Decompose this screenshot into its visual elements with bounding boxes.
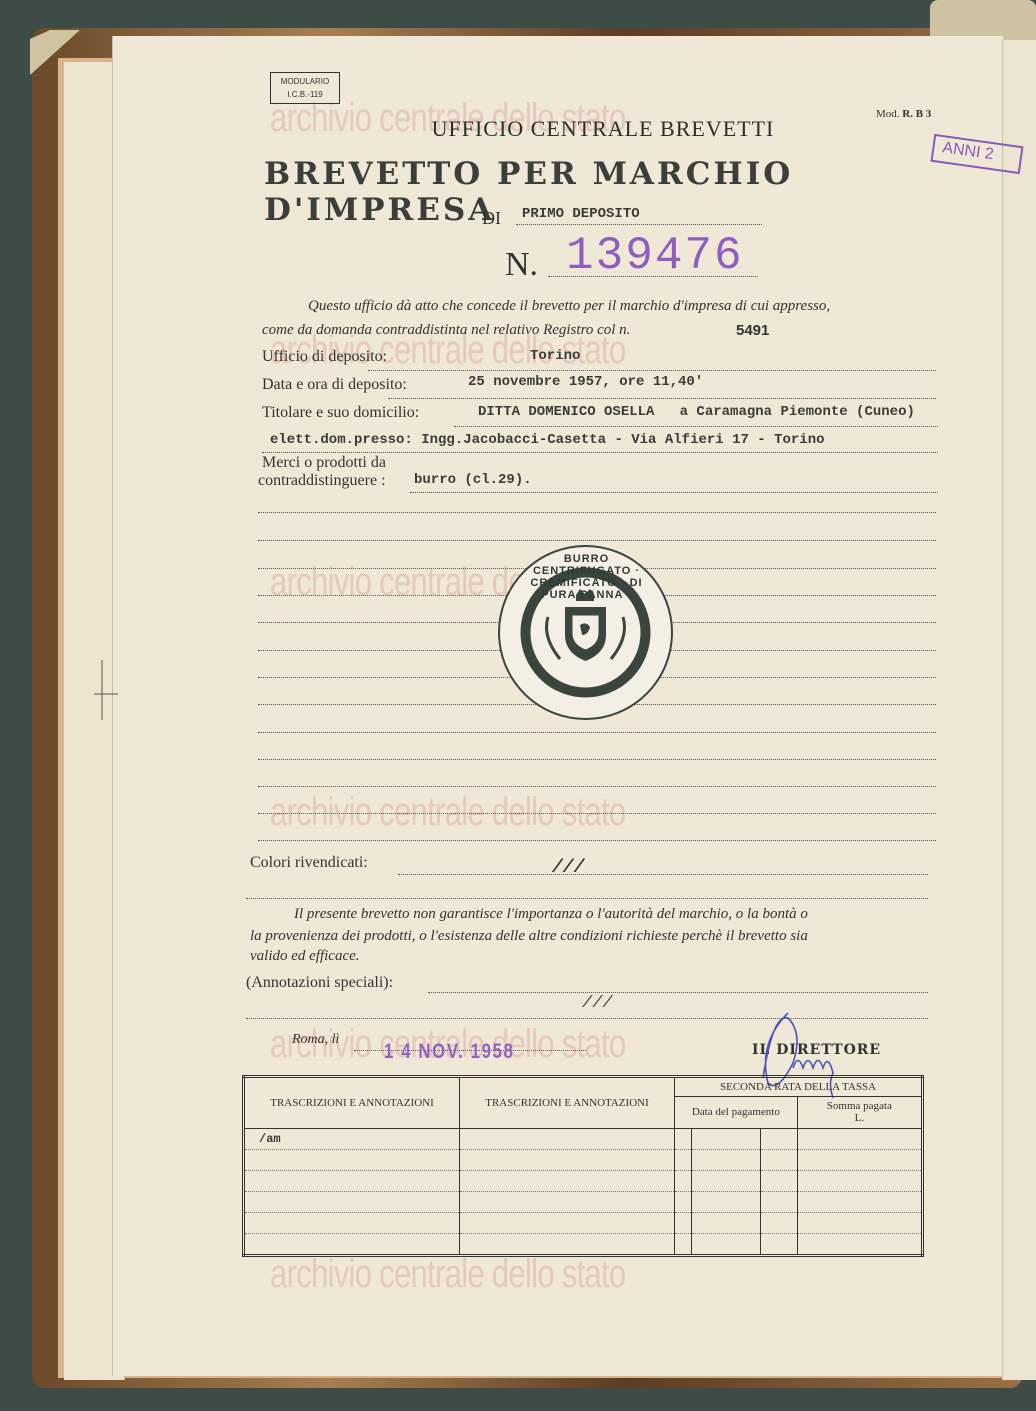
colori-label: Colori rivendicati:	[250, 854, 368, 872]
col-trascrizioni-2: TRASCRIZIONI E ANNOTAZIONI	[460, 1077, 675, 1129]
disclaimer-line2: la provenienza dei prodotti, o l'esisten…	[250, 928, 808, 945]
disclaimer-line3: valido ed efficace.	[250, 948, 360, 965]
data-label: Data e ora di deposito:	[262, 376, 407, 394]
titolare-value-2: elett.dom.presso: Ingg.Jacobacci-Casetta…	[270, 432, 825, 448]
merci-label-2: contraddistinguere :	[258, 472, 386, 490]
dotted-line	[262, 452, 938, 453]
ruled-line	[258, 759, 936, 760]
ruled-line	[258, 540, 936, 541]
dotted-line	[368, 370, 936, 371]
ufficio-value: Torino	[530, 348, 580, 364]
table-cell	[692, 1129, 761, 1150]
currency-label: L.	[855, 1112, 864, 1124]
dotted-line	[246, 898, 928, 899]
ufficio-label: Ufficio di deposito:	[262, 348, 387, 366]
titolare-value: DITTA DOMENICO OSELLA a Caramagna Piemon…	[478, 404, 915, 420]
table-cell	[675, 1129, 692, 1150]
somma-label: Somma pagata	[827, 1100, 892, 1112]
annotazioni-label: (Annotazioni speciali):	[246, 974, 393, 992]
table-row	[244, 1192, 923, 1213]
dotted-line	[454, 426, 938, 427]
registration-mark	[84, 660, 124, 720]
ruled-line	[258, 786, 936, 787]
intro-line2: come da domanda contraddistinta nel rela…	[262, 322, 630, 339]
table-cell	[760, 1129, 797, 1150]
col-somma-pagata: Somma pagataL.	[797, 1096, 922, 1128]
table-cell	[460, 1129, 675, 1150]
col-seconda-rata: SECONDA RATA DELLA TASSA	[675, 1077, 923, 1097]
modulario-box: MODULARIO I.C.B.-119	[270, 72, 340, 104]
table-row	[244, 1171, 923, 1192]
dotted-line	[398, 874, 928, 875]
di-label: DI	[482, 208, 501, 228]
next-page-edge	[1002, 40, 1036, 1380]
ruled-line	[258, 732, 936, 733]
intro-line1: Questo ufficio dà atto che concede il br…	[308, 298, 830, 315]
ruled-line	[258, 813, 936, 814]
table-row	[244, 1213, 923, 1234]
table-cell	[797, 1129, 922, 1150]
trademark-seal: BURRO CENTRIFUGATO · CREMIFICATO · DI PU…	[498, 545, 673, 720]
watermark: archivio centrale dello stato	[270, 1252, 625, 1297]
table-row	[244, 1234, 923, 1256]
data-value: 25 novembre 1957, ore 11,40'	[468, 374, 703, 390]
dotted-line	[410, 492, 938, 493]
titolare-label: Titolare e suo domicilio:	[262, 404, 419, 422]
disclaimer-line1: Il presente brevetto non garantisce l'im…	[294, 906, 808, 923]
seal-outer-text: BURRO CENTRIFUGATO · CREMIFICATO · DI PU…	[514, 553, 659, 601]
merci-value: burro (cl.29).	[414, 472, 532, 488]
patent-number: 139476	[566, 230, 744, 282]
place-label: Roma, lì	[292, 1032, 339, 1048]
table-row	[244, 1150, 923, 1171]
register-table: TRASCRIZIONI E ANNOTAZIONI TRASCRIZIONI …	[242, 1075, 924, 1257]
merci-label: Merci o prodotti da	[262, 454, 386, 472]
dotted-line	[516, 224, 762, 225]
document-title: BREVETTO PER MARCHIO D'IMPRESA	[264, 156, 1036, 228]
office-title: UFFICIO CENTRALE BREVETTI	[0, 116, 1036, 142]
registro-number: 5491	[736, 322, 769, 339]
dotted-line	[388, 398, 936, 399]
col-trascrizioni-1: TRASCRIZIONI E ANNOTAZIONI	[244, 1077, 460, 1129]
modulario-code: I.C.B.-119	[271, 88, 339, 101]
table-row: /am	[244, 1129, 923, 1150]
issue-date-stamp: 1 4 NOV. 1958	[384, 1040, 514, 1064]
ruled-line	[258, 512, 936, 513]
col-data-pagamento: Data del pagamento	[675, 1096, 798, 1128]
deposit-line: DI	[482, 208, 501, 229]
annotazioni-value: ///	[582, 994, 613, 1013]
colori-value: ///	[552, 858, 584, 878]
number-label: N.	[505, 246, 538, 284]
table-cell: /am	[244, 1129, 460, 1150]
dotted-line	[428, 992, 928, 993]
deposit-type: PRIMO DEPOSITO	[522, 206, 640, 222]
ruled-line	[258, 840, 936, 841]
modulario-label: MODULARIO	[271, 75, 339, 88]
